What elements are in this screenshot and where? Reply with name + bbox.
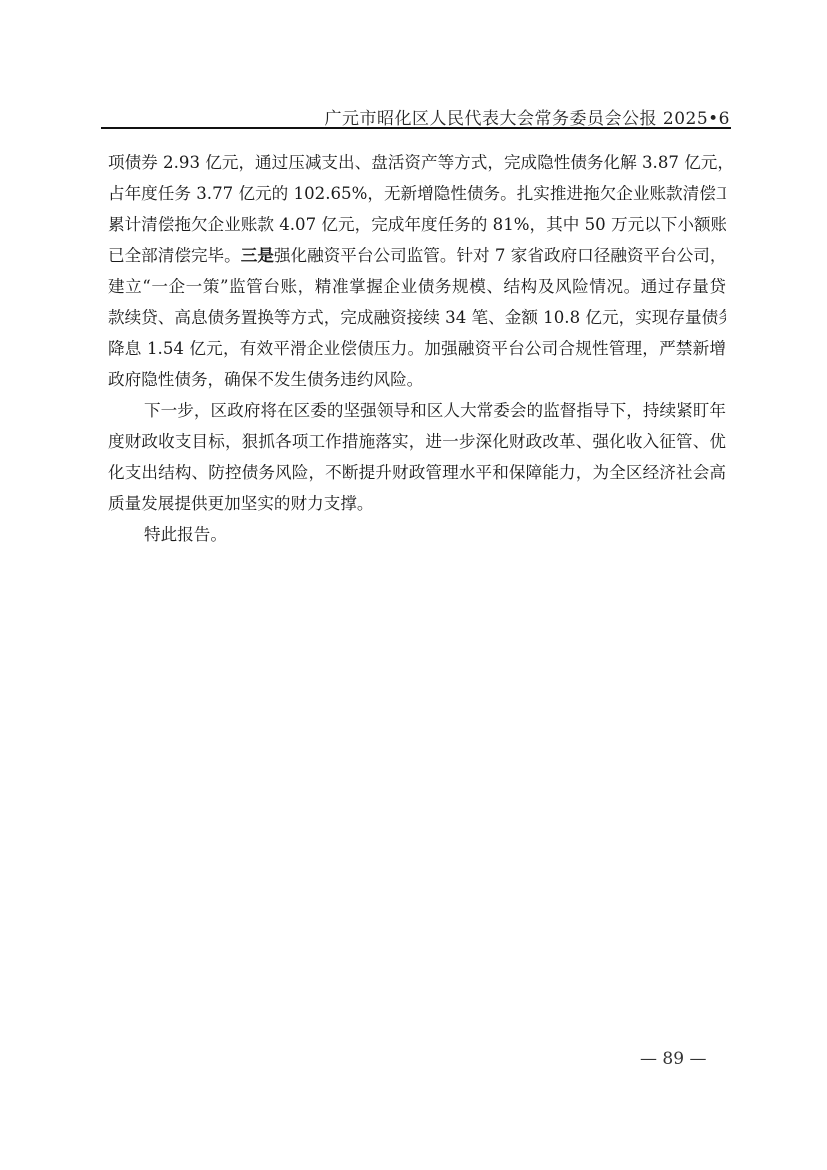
header-divider	[101, 127, 731, 129]
text-segment: 强化融资平台公司监管。针对 7 家省政府口径融资平台公司，	[274, 246, 726, 265]
text-line: 度财政收支目标，狠抓各项工作措施落实，进一步深化财政改革、强化收入征管、优	[108, 426, 726, 457]
closing-statement: 特此报告。	[108, 519, 726, 550]
text-line: 化支出结构、防控债务风险，不断提升财政管理水平和保障能力，为全区经济社会高	[108, 457, 726, 488]
paragraph-debt-management: 项债券 2.93 亿元，通过压减支出、盘活资产等方式，完成隐性债务化解 3.87…	[108, 147, 726, 395]
paragraph-closing: 特此报告。	[108, 519, 726, 550]
text-line: 占年度任务 3.77 亿元的 102.65%，无新增隐性债务。扎实推进拖欠企业账…	[108, 178, 726, 209]
text-line: 已全部清偿完毕。三是强化融资平台公司监管。针对 7 家省政府口径融资平台公司，	[108, 240, 726, 271]
text-line: 建立“一企一策”监管台账，精准掌握企业债务规模、结构及风险情况。通过存量贷	[108, 271, 726, 302]
text-line: 项债券 2.93 亿元，通过压减支出、盘活资产等方式，完成隐性债务化解 3.87…	[108, 147, 726, 178]
publication-title: 广元市昭化区人民代表大会常务委员会公报 2025•6	[324, 104, 730, 129]
text-line: 降息 1.54 亿元，有效平滑企业偿债压力。加强融资平台公司合规性管理，严禁新增	[108, 333, 726, 364]
text-line: 质量发展提供更加坚实的财力支撑。	[108, 488, 726, 519]
section-marker-bold: 三是	[241, 245, 274, 265]
paragraph-next-steps: 下一步，区政府将在区委的坚强领导和区人大常委会的监督指导下，持续紧盯年 度财政收…	[108, 395, 726, 519]
text-line: 下一步，区政府将在区委的坚强领导和区人大常委会的监督指导下，持续紧盯年	[108, 395, 726, 426]
text-line: 政府隐性债务，确保不发生债务违约风险。	[108, 364, 726, 395]
text-line: 累计清偿拖欠企业账款 4.07 亿元，完成年度任务的 81%，其中 50 万元以…	[108, 209, 726, 240]
text-line: 款续贷、高息债务置换等方式，完成融资接续 34 笔、金额 10.8 亿元，实现存…	[108, 302, 726, 333]
document-body: 项债券 2.93 亿元，通过压减支出、盘活资产等方式，完成隐性债务化解 3.87…	[108, 147, 726, 550]
page-number: — 89 —	[640, 1049, 706, 1069]
text-segment: 已全部清偿完毕。	[108, 246, 241, 265]
